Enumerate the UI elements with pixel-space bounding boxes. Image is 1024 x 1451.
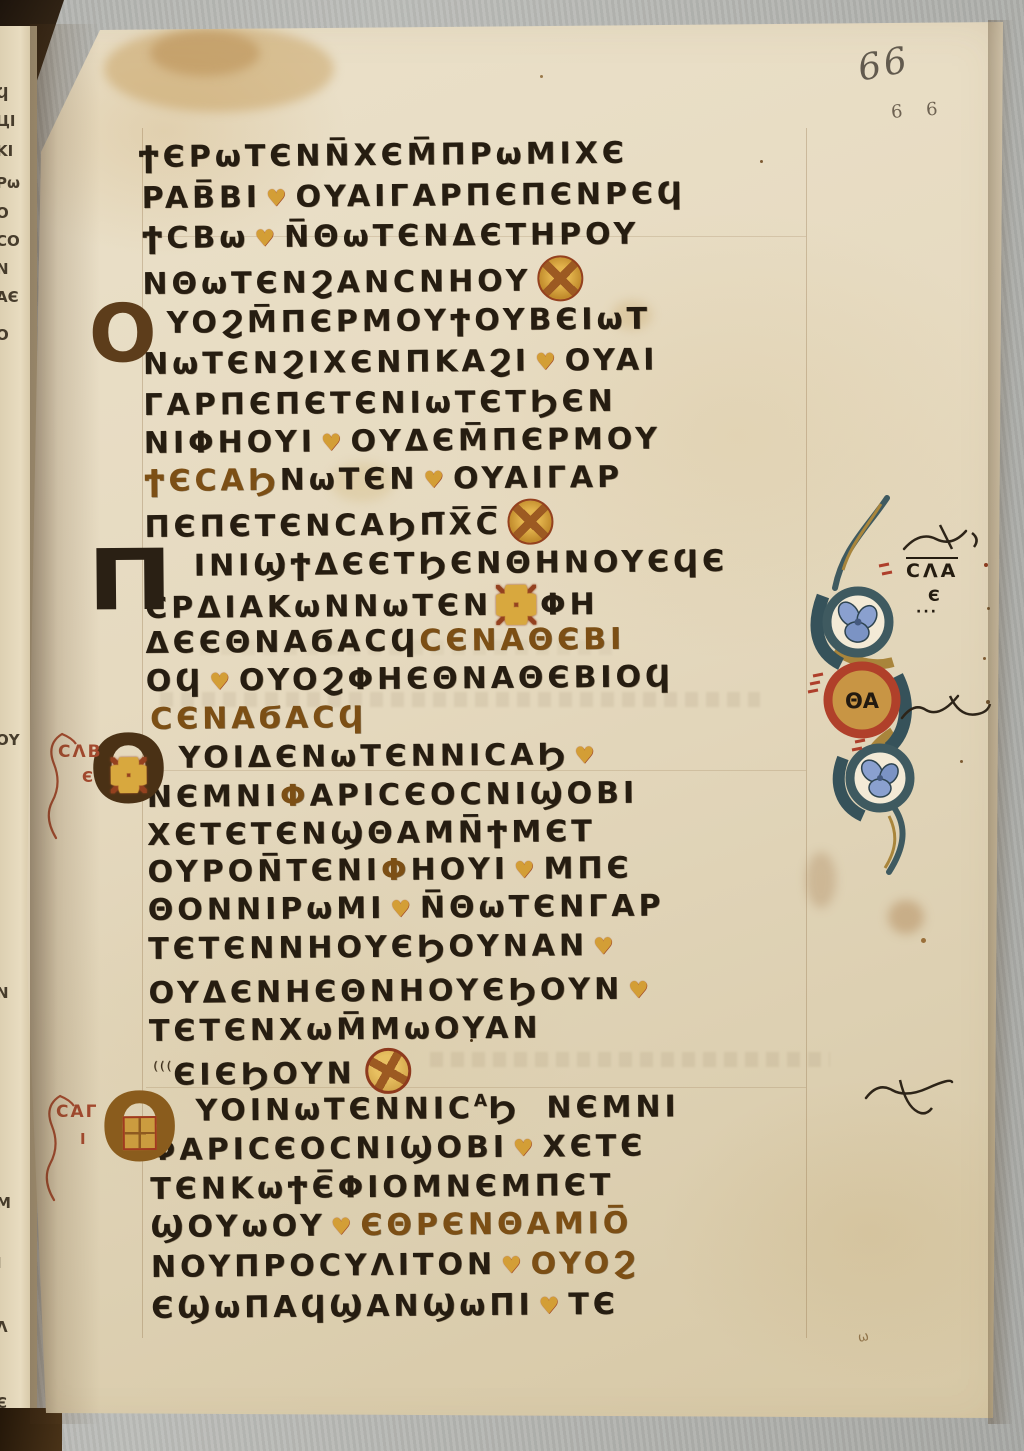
coptic-text: CЄNAϬACϤ: [150, 700, 367, 737]
edge-letter-fragment: I: [0, 1254, 2, 1272]
coptic-text: ϮCBω: [142, 220, 250, 256]
text-line: TЄTЄNNHOYЄϦOYNAN♥: [148, 928, 623, 967]
edge-letter-fragment: Ο: [0, 204, 9, 222]
coptic-text: MΠЄ: [543, 851, 632, 887]
coptic-text: ЄϢωΠAϤϢANϢωΠI: [151, 1288, 534, 1326]
decorated-initial: O: [88, 724, 169, 819]
coptic-text: ΠЄΠЄTЄNCAϦΠ̅X̅C̅: [144, 507, 501, 545]
gold-leaf-dot-icon: ♥: [501, 1253, 526, 1279]
edge-letter-fragment: Λ: [0, 1318, 8, 1336]
text-line: (((ЄIЄϦOYN: [153, 1048, 412, 1096]
edge-letter-fragment: ΑЄ: [0, 288, 19, 306]
coptic-text: HOYI: [410, 852, 509, 888]
coptic-text: XЄTЄ: [542, 1129, 646, 1165]
coptic-text: OYPON̅TЄNI: [147, 853, 381, 890]
gold-leaf-dot-icon: ♥: [321, 430, 346, 456]
coptic-text: OYAIΓAPΠЄΠЄNPЄϤ: [295, 176, 686, 214]
text-line: INIϢϮΔЄЄTϦЄNΘHNOYЄϤЄ: [194, 544, 729, 584]
manuscript-photo: ϤЦIKIPωΟCΟNΑЄΟΟΥNΜIΛЄ 66 6 6 ϮЄPωTЄNN̅XЄ…: [0, 0, 1024, 1451]
edge-letter-fragment: CΟ: [0, 232, 20, 250]
coptic-text: ϢOYωOY: [150, 1208, 325, 1245]
gold-quatrefoil-icon: [496, 585, 536, 625]
breathing-marks: (((: [153, 1059, 173, 1073]
ink-dots: ···: [916, 604, 938, 620]
edge-letter-fragment: N: [0, 984, 9, 1002]
text-line: ЄPΔIAKωNNωTЄNΦH: [145, 584, 599, 628]
coptic-text: NωTЄN: [279, 462, 418, 498]
gold-leaf-dot-icon: ♥: [513, 1136, 538, 1162]
coptic-text: TЄTЄNNHOYЄϦOYNAN: [148, 928, 588, 967]
gold-leaf-dot-icon: ♥: [390, 897, 415, 923]
text-line: ϮCBω♥N̅ΘωTЄNΔЄTHPOY: [142, 217, 640, 256]
gold-diamond-knot-icon: [123, 1116, 157, 1150]
coptic-text: YOINωTЄNNIC: [195, 1091, 474, 1128]
text-line: OϤ♥OYOϨΦHЄΘNAΘЄBIOϤ: [146, 659, 674, 699]
vine-gold-echo: [843, 504, 881, 570]
text-line: XЄTЄTЄNϢΘAMN̅ϮMЄT: [147, 814, 596, 853]
coptic-text: PAB̅BI: [141, 180, 261, 216]
text-line: ϮЄPωTЄNN̅XЄM̅ΠPωMIXЄ: [138, 136, 628, 175]
coptic-text: TЄTЄNXωM̅MωOYAN: [149, 1011, 542, 1049]
text-line: OYPON̅TЄNIΦHOYI♥MΠЄ: [147, 851, 632, 890]
coptic-text: N̅ΘωTЄNΓAP: [420, 889, 665, 926]
coptic-text: XЄTЄTЄNϢΘAMN̅ϮMЄT: [147, 814, 596, 853]
page-edge-shadow: [988, 20, 1014, 1424]
coptic-text: NIΦHOYI: [144, 425, 317, 462]
edge-letter-fragment: Ϥ: [0, 84, 8, 102]
coptic-text: Ϧ NЄMNI: [488, 1089, 680, 1126]
gold-knot-icon: [507, 498, 553, 544]
coptic-text: ЄIЄϦOYN: [173, 1056, 356, 1093]
speck: [455, 1030, 458, 1033]
coptic-text: NΘωTЄNϨANCNHOY: [142, 264, 531, 302]
speck: [921, 938, 926, 943]
coptic-text: APICЄOCNIϢOBI: [309, 776, 638, 814]
text-line: NЄMNIΦAPICЄOCNIϢOBI: [147, 776, 639, 815]
text-line: YOIΔЄNωTЄNNICAϦ♥: [178, 737, 604, 776]
text-line: ΘONNIPωMI♥N̅ΘωTЄNΓAP: [148, 889, 665, 929]
section-number-right-sub: Є: [928, 586, 940, 605]
text-line: NωTЄNϨIXЄNΠKAϨI♥OYAI: [143, 343, 659, 382]
decorated-initial: Π: [95, 538, 166, 623]
speck: [470, 1039, 473, 1042]
text-line: ЄϢωΠAϤϢANϢωΠI♥TЄ: [151, 1287, 619, 1326]
gold-leaf-dot-icon: ♥: [535, 349, 560, 375]
coptic-text: ϮЄCAϦ: [144, 463, 280, 499]
text-line: ΓAPΠЄΠЄTЄNIωTЄTϦЄN: [143, 384, 617, 423]
coptic-text: OYAI: [564, 343, 658, 379]
gutter-shadow: [30, 24, 100, 1424]
coptic-text: OYΔЄNHЄΘNHOYЄϦOYN: [148, 972, 623, 1011]
coptic-text: YOIΔЄNωTЄNNICAϦ: [178, 737, 569, 775]
coptic-text: A: [474, 1091, 488, 1111]
text-line: ΔЄЄΘNAϬACϤCЄNAΘЄBI: [145, 622, 625, 661]
manuscript-page: 66 6 6 ϮЄPωTЄNN̅XЄM̅ΠPωMIXЄPAB̅BI♥OYAIΓA…: [0, 0, 1024, 1451]
coptic-text: ΦH: [540, 587, 599, 623]
coptic-text: ΦAPICЄOCNIϢOBI: [150, 1130, 508, 1168]
coptic-text: OYΔЄM̅ΠЄPMOY: [350, 422, 661, 460]
coptic-text: OYOϨΦHЄΘNAΘЄBIOϤ: [239, 659, 674, 698]
gold-leaf-dot-icon: ♥: [423, 467, 448, 493]
coptic-text: OYAIΓAP: [453, 460, 623, 496]
coptic-text: ΔЄЄΘNAϬACϤ: [145, 624, 419, 661]
text-line: NOYΠPOCYΛITON♥OYOϨ: [151, 1246, 640, 1285]
coptic-text: TЄNKωϮЄ̅ΦIOMNЄMΠЄT: [150, 1168, 614, 1207]
coptic-text: ϮЄPωTЄNN̅XЄM̅ΠPωMIXЄ: [138, 136, 628, 175]
edge-letter-fragment: N: [0, 260, 9, 278]
gold-cross-knot-icon: [110, 757, 146, 793]
edge-letter-fragment: ЦI: [0, 112, 16, 130]
text-line: ΦAPICЄOCNIϢOBI♥XЄTЄ: [150, 1129, 647, 1168]
gold-leaf-dot-icon: ♥: [209, 669, 234, 695]
edge-letter-fragment: Μ: [0, 1194, 11, 1212]
edge-letter-fragment: Pω: [0, 174, 20, 192]
cursive-note-top: [898, 515, 998, 561]
gold-medallion-icon: [365, 1048, 411, 1094]
coptic-text: INIϢϮΔЄЄTϦЄNΘHNOYЄϤЄ: [194, 544, 729, 584]
vine-tail-top: [835, 498, 887, 588]
text-line: NIΦHOYI♥OYΔЄM̅ΠЄPMOY: [144, 422, 661, 462]
speck: [983, 657, 986, 660]
speck: [540, 75, 543, 78]
coptic-text: OYOϨ: [530, 1246, 639, 1282]
gold-leaf-dot-icon: ♥: [574, 743, 599, 769]
speck: [760, 160, 763, 163]
speck: [960, 760, 963, 763]
section-number-text: CΛA: [906, 557, 958, 582]
gold-leaf-dot-icon: ♥: [254, 226, 279, 252]
text-line: TЄTЄNXωM̅MωOYAN: [149, 1011, 542, 1049]
gold-knot-icon: [537, 255, 583, 301]
text-line: CЄNAϬACϤ: [150, 700, 367, 737]
section-number-right: CΛA: [906, 560, 958, 582]
cursive-note-lower: [860, 1068, 960, 1120]
text-line: YOINωTЄNNICAϦ NЄMNI: [195, 1089, 679, 1128]
gold-leaf-dot-icon: ♥: [514, 858, 539, 884]
text-line: YOϨM̅ΠЄPMOYϮOYBЄIωT: [167, 302, 652, 341]
text-line: OYΔЄNHЄΘNHOYЄϦOYN♥: [148, 972, 658, 1011]
text-line: TЄNKωϮЄ̅ΦIOMNЄMΠЄT: [150, 1168, 614, 1207]
edge-letter-fragment: KI: [0, 142, 13, 160]
coptic-text: Φ: [381, 853, 411, 888]
coptic-text: NOYΠPOCYΛITON: [151, 1247, 496, 1285]
coptic-text: ЄPΔIAKωNNωTЄN: [145, 588, 492, 626]
gold-leaf-dot-icon: ♥: [628, 978, 653, 1004]
gold-leaf-dot-icon: ♥: [539, 1293, 564, 1319]
gold-leaf-dot-icon: ♥: [593, 934, 618, 960]
coptic-text: Φ: [280, 779, 310, 814]
text-line: NΘωTЄNϨANCNHOY: [142, 255, 589, 305]
coptic-text: YOϨM̅ΠЄPMOYϮOYBЄIωT: [167, 302, 652, 341]
coptic-text: ЄΘPЄNΘAMIO̅: [360, 1206, 632, 1243]
text-line: ΠЄΠЄTЄNCAϦΠ̅X̅C̅: [144, 498, 560, 548]
coptic-text: TЄ: [568, 1287, 619, 1322]
medallion-letters: ΘA: [845, 689, 880, 713]
coptic-text: NωTЄNϨIXЄNΠKAϨI: [143, 344, 530, 382]
text-line: ϮЄCAϦNωTЄN♥OYAIΓAP: [144, 460, 623, 499]
decorated-initial: O: [99, 1082, 180, 1177]
gold-leaf-dot-icon: ♥: [331, 1214, 356, 1240]
coptic-text: ΘONNIPωMI: [148, 891, 386, 928]
edge-letter-fragment: Ο: [0, 326, 9, 344]
cursive-note-middle: [898, 688, 998, 738]
gold-leaf-dot-icon: ♥: [266, 186, 291, 212]
text-line: PAB̅BI♥OYAIΓAPΠЄΠЄNPЄϤ: [141, 176, 686, 216]
coptic-text: CЄNAΘЄBI: [419, 622, 625, 659]
coptic-text: ΓAPΠЄΠЄTЄNIωTЄTϦЄN: [143, 384, 617, 423]
text-line: ϢOYωOY♥ЄΘPЄNΘAMIO̅: [150, 1206, 632, 1245]
coptic-text: N̅ΘωTЄNΔЄTHPOY: [284, 217, 640, 255]
edge-letter-fragment: ΟΥ: [0, 731, 20, 749]
coptic-text: OϤ: [146, 664, 205, 700]
